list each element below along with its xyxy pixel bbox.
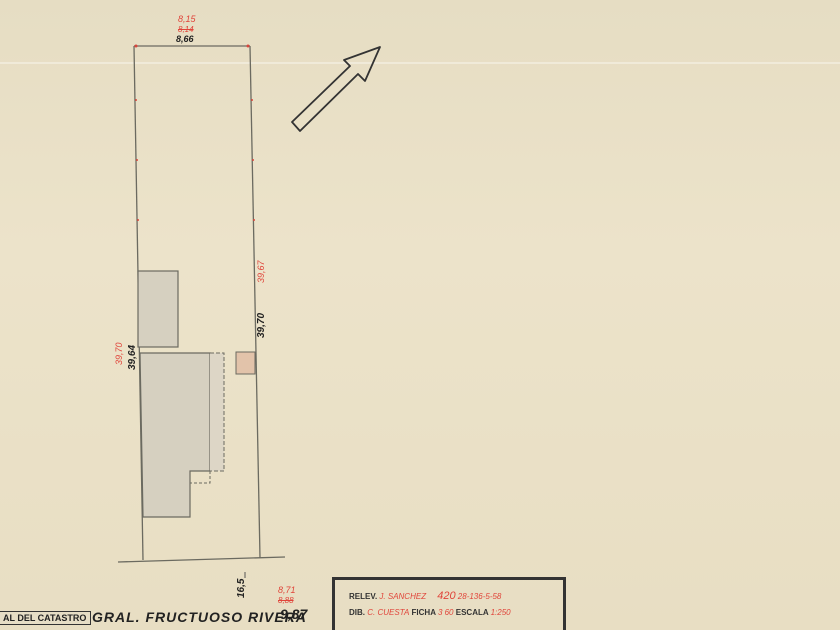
escala-label: ESCALA	[456, 608, 489, 617]
frontage-width-red: 8,71	[278, 585, 296, 595]
survey-stamp: RELEV. J. SANCHEZ 420 28-136-5-58 DIB. C…	[332, 577, 566, 630]
escala-value: 1:250	[491, 608, 511, 617]
left-length: 39,64	[127, 345, 138, 370]
north-arrow-icon	[292, 47, 380, 131]
relev-value: J. SANCHEZ	[379, 592, 426, 601]
frontage-width: 9,87	[280, 606, 307, 622]
building-rear	[138, 271, 178, 347]
building-main	[140, 353, 210, 517]
plot-drawing	[0, 0, 840, 630]
frontage-width-red-2: 8,88	[278, 596, 294, 605]
corner-distance: 16,5	[236, 579, 247, 598]
annex	[236, 352, 255, 374]
dib-label: DIB.	[349, 608, 365, 617]
left-length-red: 39,70	[114, 342, 124, 365]
relev-label: RELEV.	[349, 592, 377, 601]
rear-width: 8,66	[176, 34, 194, 44]
department-label: AL DEL CATASTRO	[0, 611, 91, 625]
date-value: 28-136-5-58	[458, 592, 502, 601]
ficha-label: FICHA	[412, 608, 436, 617]
right-length: 39,70	[256, 313, 267, 338]
right-length-red: 39,67	[256, 260, 266, 283]
street-name: GRAL. FRUCTUOSO RIVERA	[92, 609, 307, 625]
cadastral-plan: 8,15 8,14 8,66 39,70 39,64 39,67 39,70 1…	[0, 0, 840, 630]
dib-value: C. CUESTA	[367, 608, 409, 617]
padron-value: 420	[437, 590, 455, 602]
rear-width-red-2: 8,14	[178, 25, 194, 34]
rear-width-red: 8,15	[178, 14, 196, 24]
ficha-value: 3 60	[438, 608, 454, 617]
